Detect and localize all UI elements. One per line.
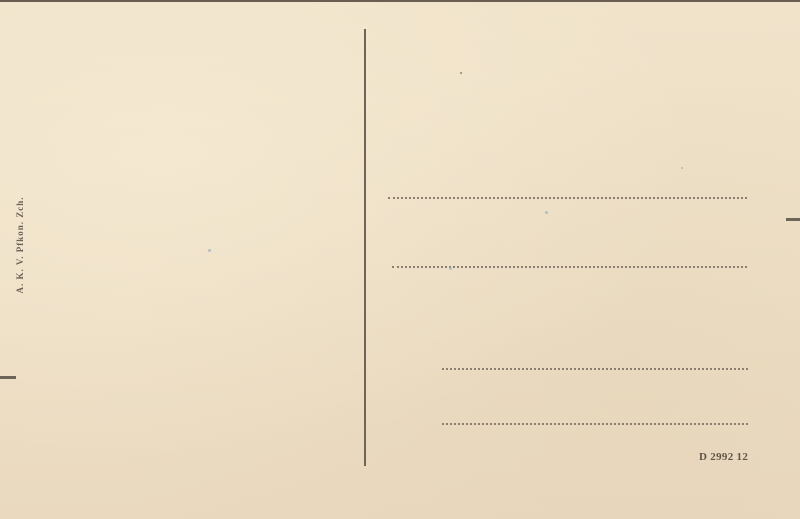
paper-speck [208,249,211,252]
address-line-4 [442,423,748,425]
paper-speck [681,167,683,169]
paper-speck [545,211,548,214]
right-edge-mark [786,218,800,221]
scan-edge [0,0,800,2]
message-address-divider [364,29,366,466]
serial-number: D 2992 12 [699,451,748,463]
publisher-imprint: A. K. V. Pfkon. Zch. [15,197,25,294]
address-line-3 [442,368,748,370]
paper-speck [460,72,462,74]
left-edge-mark [0,376,16,379]
address-line-1 [388,197,747,199]
address-line-2 [392,266,747,268]
postcard-back: A. K. V. Pfkon. Zch. D 2992 12 [0,0,800,519]
paper-speck [449,267,452,270]
